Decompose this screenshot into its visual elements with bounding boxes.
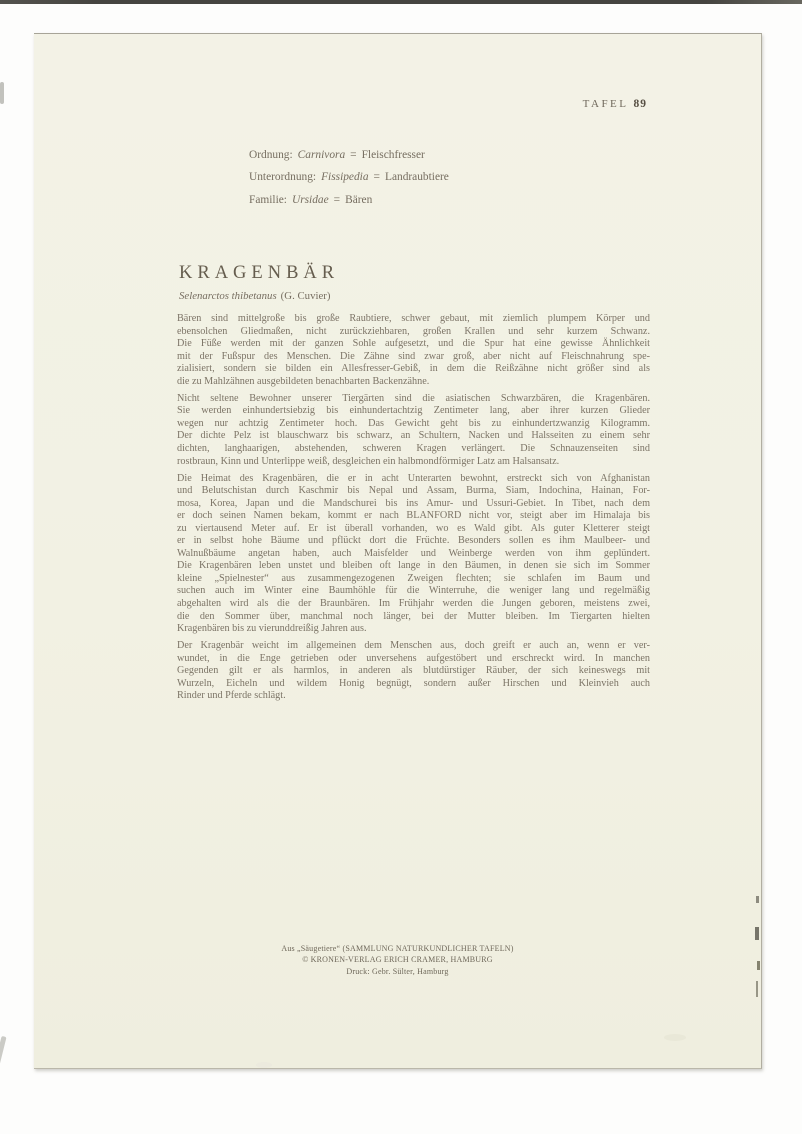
paragraph: Der Kragenbär weicht im allgemeinen dem … <box>177 640 650 703</box>
taxonomy-latin-name: Fissipedia <box>321 171 368 183</box>
text-line: Die Füße werden mit der ganzen Sohle auf… <box>177 338 650 351</box>
document-page: TAFEL89 Ordnung:Carnivora=Fleischfresser… <box>34 33 762 1069</box>
taxonomy-row: Ordnung:Carnivora=Fleischfresser <box>249 144 449 166</box>
text-line: zialisiert, sondern sie bilden ein Alles… <box>177 363 650 376</box>
text-line: und Belutschistan durch Kaschmir bis Nep… <box>177 485 650 498</box>
taxonomy-equals-sign: = <box>350 149 356 161</box>
imprint-line: © KRONEN-VERLAG ERICH CRAMER, HAMBURG <box>34 954 761 965</box>
imprint-footer: Aus „Säugetiere“ (SAMMLUNG NATURKUNDLICH… <box>34 943 761 977</box>
plate-number: 89 <box>634 98 648 110</box>
imprint-line: Druck: Gebr. Sülter, Hamburg <box>34 966 761 977</box>
text-line: Sie werden einhundertsiebzig bis einhund… <box>177 405 650 418</box>
taxonomy-rank-label: Unterordnung: <box>249 171 316 183</box>
scanner-edge-strip <box>0 0 802 4</box>
paragraph: Nicht seltene Bewohner unserer Tiergärte… <box>177 393 650 468</box>
text-line: Rinder und Pferde schlägt. <box>177 690 650 703</box>
text-line: die den Sommer über, manchmal noch länge… <box>177 611 650 624</box>
text-line: mosa, Korea, Japan und die Mandschurei b… <box>177 498 650 511</box>
text-line: mit der Fußspur des Menschen. Die Zähne … <box>177 351 650 364</box>
scan-artifact <box>256 1062 272 1068</box>
text-line: Der Kragenbär weicht im allgemeinen dem … <box>177 640 650 653</box>
taxonomy-list: Ordnung:Carnivora=FleischfresserUnterord… <box>249 144 449 211</box>
scan-artifact <box>0 82 4 104</box>
text-line: zu viertausend Meter auf. Er ist überall… <box>177 523 650 536</box>
text-line: abgehalten wird als die der Braunbären. … <box>177 598 650 611</box>
body-text: Bären sind mittelgroße bis große Raubtie… <box>177 313 650 707</box>
taxonomy-latin-name: Ursidae <box>292 194 329 206</box>
text-line: wegen nur achtzig Zentimeter hoch. Das G… <box>177 418 650 431</box>
taxonomy-equals-sign: = <box>334 194 340 206</box>
text-line: Nicht seltene Bewohner unserer Tiergärte… <box>177 393 650 406</box>
text-line: suchen auch im Winter eine Baumhöhle für… <box>177 585 650 598</box>
taxonomy-row: Unterordnung:Fissipedia=Landraubtiere <box>249 166 449 188</box>
text-line: Walnußbäume angetan haben, auch Maisfeld… <box>177 548 650 561</box>
scan-artifact <box>756 896 759 903</box>
species-author: (G. Cuvier) <box>281 290 331 302</box>
scan-artifact <box>755 927 759 940</box>
scan-artifact <box>756 981 758 997</box>
text-line: Bären sind mittelgroße bis große Raubtie… <box>177 313 650 326</box>
species-subtitle: Selenarctos thibetanus(G. Cuvier) <box>179 290 330 302</box>
text-line: er in selbst hohe Bäume und pflückt dort… <box>177 535 650 548</box>
scan-artifact <box>664 1034 686 1041</box>
taxonomy-german-name: Bären <box>345 194 372 206</box>
text-line: die zu Mahlzähnen ausgebildeten benachba… <box>177 376 650 389</box>
text-line: wundet, in die Enge getrieben oder unver… <box>177 653 650 666</box>
species-latin-name: Selenarctos thibetanus <box>179 290 277 302</box>
taxonomy-latin-name: Carnivora <box>298 149 345 161</box>
taxonomy-rank-label: Familie: <box>249 194 287 206</box>
plate-heading: TAFEL89 <box>583 98 647 110</box>
taxonomy-german-name: Fleischfresser <box>362 149 425 161</box>
imprint-line: Aus „Säugetiere“ (SAMMLUNG NATURKUNDLICH… <box>34 943 761 954</box>
plate-label: TAFEL <box>583 98 629 110</box>
paragraph: Die Heimat des Kragenbären, die er in ac… <box>177 473 650 636</box>
text-line: Die Kragenbären leben unstet und bleiben… <box>177 560 650 573</box>
text-line: Der dichte Pelz ist blauschwarz bis schw… <box>177 430 650 443</box>
text-line: er doch seinen Namen bekam, kommt er nac… <box>177 510 650 523</box>
taxonomy-row: Familie:Ursidae=Bären <box>249 189 449 211</box>
taxonomy-german-name: Landraubtiere <box>385 171 449 183</box>
paragraph: Bären sind mittelgroße bis große Raubtie… <box>177 313 650 388</box>
text-line: kleine „Spielnester“ aus zusammengezogen… <box>177 573 650 586</box>
text-line: Die Heimat des Kragenbären, die er in ac… <box>177 473 650 486</box>
page-title: KRAGENBÄR <box>179 263 339 284</box>
text-line: dichten, langhaarigen, abstehenden, schw… <box>177 443 650 456</box>
text-line: Kragenbären bis zu vierunddreißig Jahren… <box>177 623 650 636</box>
text-line: ebensolchen Gliedmaßen, nicht zurückzieh… <box>177 326 650 339</box>
text-line: Wurzeln, Eicheln und wildem Honig begnüg… <box>177 678 650 691</box>
taxonomy-equals-sign: = <box>374 171 380 183</box>
taxonomy-rank-label: Ordnung: <box>249 149 293 161</box>
text-line: Gegenden gilt er als harmlos, in anderen… <box>177 665 650 678</box>
scan-artifact <box>0 1036 7 1066</box>
scan-background: TAFEL89 Ordnung:Carnivora=Fleischfresser… <box>0 0 802 1134</box>
text-line: rostbraun, Kinn und Unterlippe weiß, des… <box>177 456 650 469</box>
